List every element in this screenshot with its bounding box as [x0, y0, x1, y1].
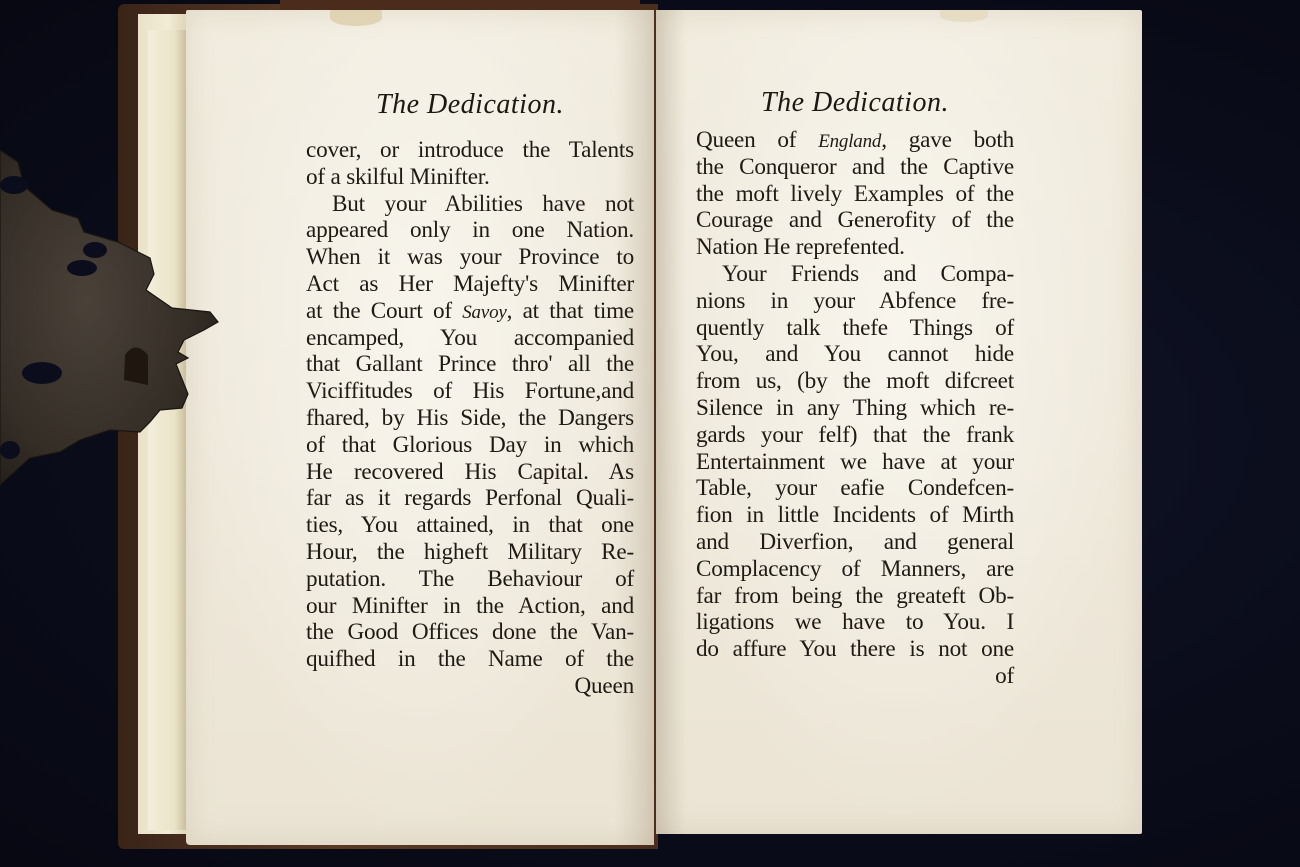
text-line: ties, You attained, in that one — [306, 512, 634, 539]
text-line: the Good Offices done the Van- — [306, 619, 634, 646]
text-line: He recovered His Capital. As — [306, 459, 634, 486]
text-line: of that Glorious Day in which — [306, 432, 634, 459]
text-segment: , at that time — [507, 298, 634, 324]
text-line: Entertainment we have at your — [696, 449, 1014, 476]
italic-place-name: Savoy — [462, 302, 506, 323]
text-line: of a skilful Minifter. — [306, 164, 634, 191]
text-line: fion in little Incidents of Mirth — [696, 502, 1014, 529]
text-line: fhared, by His Side, the Dangers — [306, 405, 634, 432]
text-line: far as it regards Perfonal Quali- — [306, 485, 634, 512]
text-line: Complacency of Manners, are — [696, 556, 1014, 583]
text-line: cover, or introduce the Talents — [306, 137, 634, 164]
text-line: When it was your Province to — [306, 244, 634, 271]
text-line: quifhed in the Name of the — [306, 646, 634, 673]
right-page-text: Queen of England, gave boththe Conqueror… — [696, 127, 1014, 690]
text-line: But your Abilities have not — [306, 191, 634, 218]
text-line: Silence in any Thing which re- — [696, 395, 1014, 422]
catchword: of — [696, 663, 1014, 690]
paper-stain — [940, 10, 988, 22]
paper-stain — [330, 10, 382, 26]
text-line: You, and You cannot hide — [696, 341, 1014, 368]
text-line: at the Court of Savoy, at that time — [306, 298, 634, 325]
text-segment: , gave both — [881, 127, 1014, 153]
text-line: and Diverfion, and general — [696, 529, 1014, 556]
text-line: Courage and Generofity of the — [696, 207, 1014, 234]
left-page-text: cover, or introduce the Talentsof a skil… — [306, 137, 634, 700]
text-segment: Queen of — [696, 127, 818, 153]
text-line: quently talk thefe Things of — [696, 315, 1014, 342]
text-line: that Gallant Prince thro' all the — [306, 351, 634, 378]
catchword: Queen — [306, 673, 634, 700]
metal-clasp-icon — [0, 140, 230, 490]
text-line: do affure You there is not one — [696, 636, 1014, 663]
italic-place-name: England — [818, 131, 881, 152]
text-line: from us, (by the moft difcreet — [696, 368, 1014, 395]
text-line: the moft lively Examples of the — [696, 181, 1014, 208]
text-line: Nation He reprefented. — [696, 234, 1014, 261]
text-line: the Conqueror and the Captive — [696, 154, 1014, 181]
text-line: nions in your Abfence fre- — [696, 288, 1014, 315]
running-head-right: The Dedication. — [696, 87, 1014, 119]
text-line: Viciffitudes of His Fortune,and — [306, 378, 634, 405]
text-line: Hour, the higheft Military Re- — [306, 539, 634, 566]
text-line: Queen of England, gave both — [696, 127, 1014, 154]
text-line: Your Friends and Compa- — [696, 261, 1014, 288]
text-line: appeared only in one Nation. — [306, 217, 634, 244]
text-line: Act as Her Majefty's Minifter — [306, 271, 634, 298]
running-head-left: The Dedication. — [306, 89, 634, 121]
text-segment: at the Court of — [306, 298, 462, 324]
text-line: our Minifter in the Action, and — [306, 593, 634, 620]
text-line: putation. The Behaviour of — [306, 566, 634, 593]
text-line: Table, your eafie Condefcen- — [696, 475, 1014, 502]
text-line: gards your felf) that the frank — [696, 422, 1014, 449]
text-line: ligations we have to You. I — [696, 609, 1014, 636]
text-line: far from being the greateft Ob- — [696, 583, 1014, 610]
text-line: encamped, You accompanied — [306, 325, 634, 352]
